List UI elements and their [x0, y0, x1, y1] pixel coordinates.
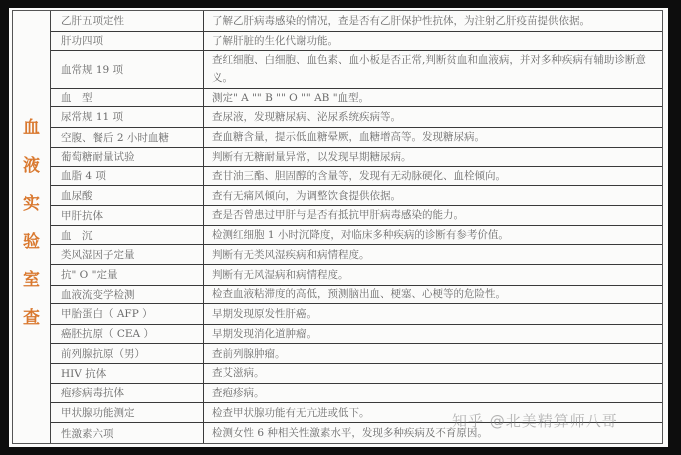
test-name-cell: 空腹、餐后 2 小时血糖 — [51, 128, 204, 147]
test-name-cell: 癌胚抗原（ CEA ） — [51, 325, 204, 344]
test-description-cell: 早期发现原发性肝癌。 — [204, 304, 662, 324]
table-row: 血 沉检测红细胞 1 小时沉降度，对临床多种疾病的诊断有参考价值。 — [51, 226, 662, 246]
table-row: 乙肝五项定性了解乙肝病毒感染的情况，查是否有乙肝保护性抗体，为注射乙肝疫苗提供依… — [51, 11, 662, 32]
category-char: 液 — [23, 147, 40, 185]
table-row: 血常规 19 项查红细胞、白细胞、血色素、血小板是否正常,判断贫血和血液病，并对… — [51, 51, 662, 89]
test-description-cell: 查疱疹病。 — [204, 384, 662, 402]
test-name-cell: 尿常规 11 项 — [51, 107, 204, 127]
test-description-cell: 查尿液，发现糖尿病、泌尿系统疾病等。 — [204, 107, 662, 127]
test-name-cell: HIV 抗体 — [51, 364, 204, 383]
test-description-cell: 查艾滋病。 — [204, 364, 662, 383]
category-char: 室 — [23, 261, 40, 299]
table-row: 血液流变学检测检查血液粘滞度的高低，预测脑出血、梗塞、心梗等的危险性。 — [51, 286, 662, 304]
table-row: 尿常规 11 项查尿液，发现糖尿病、泌尿系统疾病等。 — [51, 107, 662, 128]
test-description-cell: 查前列腺肿瘤。 — [204, 344, 662, 363]
table-row: 空腹、餐后 2 小时血糖查血糖含量，提示低血糖晕厥，血糖增高等。发现糖尿病。 — [51, 128, 662, 148]
test-name-cell: 甲状腺功能测定 — [51, 403, 204, 423]
test-name-cell: 血 沉 — [51, 226, 204, 245]
category-char: 查 — [23, 299, 40, 337]
watermark: 知乎 @北美精算师八哥 — [452, 410, 618, 431]
category-title: 血 液 实 验 室 查 — [13, 109, 50, 337]
table-row: 癌胚抗原（ CEA ）早期发现消化道肿瘤。 — [51, 325, 662, 345]
test-name-cell: 乙肝五项定性 — [51, 11, 204, 31]
test-name-cell: 葡萄糖耐量试验 — [51, 148, 204, 166]
test-name-cell: 血 型 — [51, 89, 204, 106]
test-name-cell: 抗" O "定量 — [51, 265, 204, 285]
category-char: 实 — [23, 185, 40, 223]
test-rows: 乙肝五项定性了解乙肝病毒感染的情况，查是否有乙肝保护性抗体，为注射乙肝疫苗提供依… — [51, 11, 662, 443]
table-row: 血尿酸查有无痛风倾向，为调整饮食提供依据。 — [51, 186, 662, 206]
table-row: 血 型测定" A "" B "" O "" AB "血型。 — [51, 89, 662, 107]
table-row: 抗" O "定量判断有无风湿病和病情程度。 — [51, 265, 662, 286]
test-description-cell: 查红细胞、白细胞、血色素、血小板是否正常,判断贫血和血液病，并对多种疾病有辅助诊… — [204, 51, 662, 88]
table-row: 肝功四项了解肝脏的生化代谢功能。 — [51, 32, 662, 51]
test-description-cell: 判断有无类风湿疾病和病情程度。 — [204, 245, 662, 264]
test-name-cell: 疱疹病毒抗体 — [51, 384, 204, 402]
test-description-cell: 判断有无糖耐量异常，以发现早期糖尿病。 — [204, 148, 662, 166]
test-name-cell: 性激素六项 — [51, 423, 204, 443]
test-name-cell: 血脂 4 项 — [51, 167, 204, 186]
table-row: 葡萄糖耐量试验判断有无糖耐量异常，以发现早期糖尿病。 — [51, 148, 662, 167]
test-name-cell: 前列腺抗原（男） — [51, 344, 204, 363]
category-column: 血 液 实 验 室 查 — [13, 11, 51, 443]
test-description-cell: 了解乙肝病毒感染的情况，查是否有乙肝保护性抗体，为注射乙肝疫苗提供依据。 — [204, 11, 662, 31]
table-row: 前列腺抗原（男）查前列腺肿瘤。 — [51, 344, 662, 364]
category-char: 血 — [23, 109, 40, 147]
lab-test-table: 血 液 实 验 室 查 乙肝五项定性了解乙肝病毒感染的情况，查是否有乙肝保护性抗… — [12, 10, 663, 444]
table-row: 血脂 4 项查甘油三酯、胆固醇的含量等，发现有无动脉硬化、血栓倾向。 — [51, 167, 662, 187]
test-description-cell: 查甘油三酯、胆固醇的含量等，发现有无动脉硬化、血栓倾向。 — [204, 167, 662, 186]
table-row: 甲胎蛋白（ AFP ）早期发现原发性肝癌。 — [51, 304, 662, 325]
test-description-cell: 查是否曾患过甲肝与是否有抵抗甲肝病毒感染的能力。 — [204, 206, 662, 225]
test-description-cell: 测定" A "" B "" O "" AB "血型。 — [204, 89, 662, 106]
test-description-cell: 查血糖含量，提示低血糖晕厥，血糖增高等。发现糖尿病。 — [204, 128, 662, 147]
table-row: 类风湿因子定量判断有无类风湿疾病和病情程度。 — [51, 245, 662, 265]
category-char: 验 — [23, 223, 40, 261]
table-row: 疱疹病毒抗体查疱疹病。 — [51, 384, 662, 403]
table-row: 甲肝抗体查是否曾患过甲肝与是否有抵抗甲肝病毒感染的能力。 — [51, 206, 662, 226]
test-description-cell: 检测红细胞 1 小时沉降度，对临床多种疾病的诊断有参考价值。 — [204, 226, 662, 245]
test-name-cell: 肝功四项 — [51, 32, 204, 50]
test-name-cell: 甲胎蛋白（ AFP ） — [51, 304, 204, 324]
test-description-cell: 早期发现消化道肿瘤。 — [204, 325, 662, 344]
test-name-cell: 血液流变学检测 — [51, 286, 204, 303]
test-description-cell: 查有无痛风倾向，为调整饮食提供依据。 — [204, 186, 662, 205]
test-description-cell: 了解肝脏的生化代谢功能。 — [204, 32, 662, 50]
table-row: HIV 抗体查艾滋病。 — [51, 364, 662, 384]
test-name-cell: 血常规 19 项 — [51, 51, 204, 88]
document-page: 血 液 实 验 室 查 乙肝五项定性了解乙肝病毒感染的情况，查是否有乙肝保护性抗… — [9, 8, 668, 447]
test-name-cell: 血尿酸 — [51, 186, 204, 205]
test-description-cell: 判断有无风湿病和病情程度。 — [204, 265, 662, 285]
test-name-cell: 甲肝抗体 — [51, 206, 204, 225]
test-description-cell: 检查血液粘滞度的高低，预测脑出血、梗塞、心梗等的危险性。 — [204, 286, 662, 303]
test-name-cell: 类风湿因子定量 — [51, 245, 204, 264]
